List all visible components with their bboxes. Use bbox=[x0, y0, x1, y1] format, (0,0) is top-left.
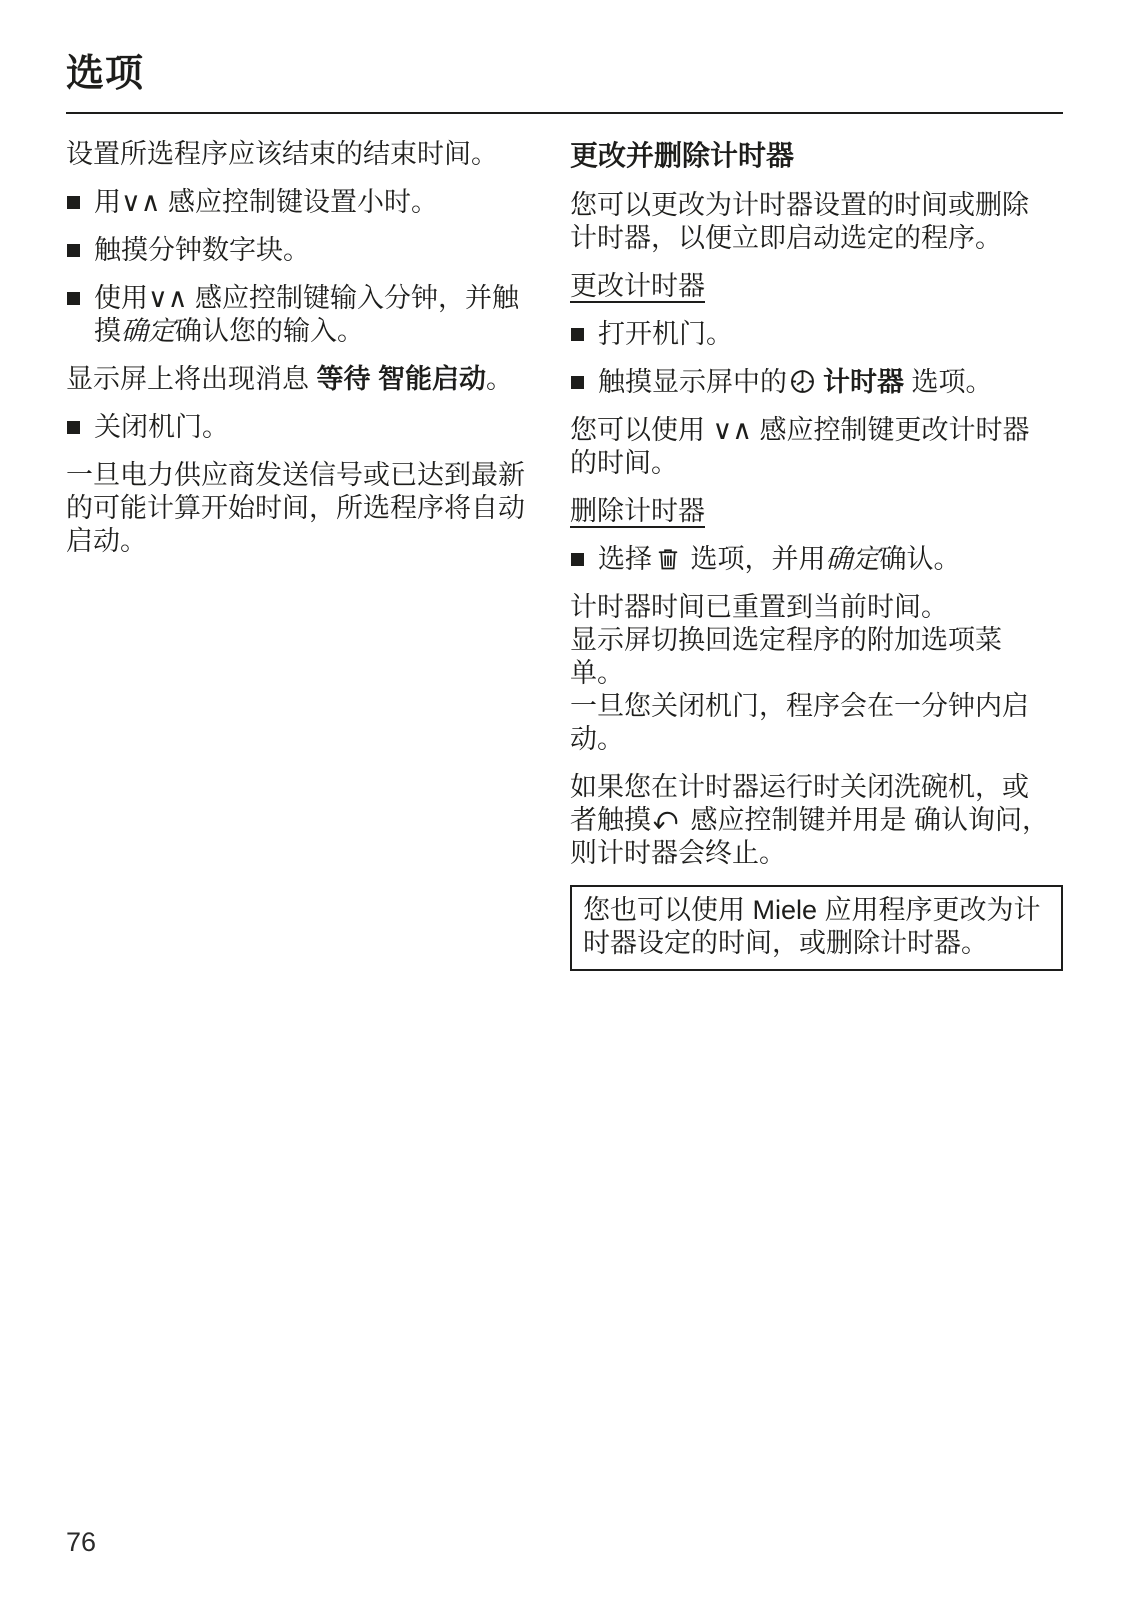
bullet-item: 使用∨∧ 感应控制键输入分钟，并触摸确定确认您的输入。 bbox=[66, 282, 528, 348]
text-run: 选项。 bbox=[904, 367, 993, 397]
text-run: 显示屏上将出现消息 bbox=[66, 364, 317, 394]
text-run: 计时器时间已重置到当前时间。 bbox=[570, 592, 948, 622]
bullet-text: 触摸显示屏中的计时器 选项。 bbox=[598, 366, 1050, 399]
text-run: 选择 bbox=[598, 544, 652, 574]
manual-page: 选项 设置所选程序应该结束的结束时间。 用∨∧ 感应控制键设置小时。 触摸分钟数… bbox=[0, 0, 1128, 1600]
bullet-square-icon bbox=[571, 553, 584, 566]
bullet-item: 选择 选项，并用确定确认。 bbox=[570, 543, 1050, 576]
page-title: 选项 bbox=[66, 0, 1063, 96]
text-run: 。 bbox=[486, 364, 513, 394]
bullet-text: 使用∨∧ 感应控制键输入分钟，并触摸确定确认您的输入。 bbox=[94, 282, 528, 348]
result-line: 一旦您关闭机门，程序会在一分钟内启动。 bbox=[570, 690, 1050, 756]
bullet-text: 触摸分钟数字块。 bbox=[94, 234, 528, 267]
bullet-item: 关闭机门。 bbox=[66, 411, 528, 444]
subheading-delete-timer: 删除计时器 bbox=[570, 495, 1050, 528]
delete-trash-icon bbox=[655, 546, 681, 572]
note-text: 您也可以使用 Miele 应用程序更改为计时器设定的时间，或删除计时器。 bbox=[583, 895, 1041, 958]
bullet-text: 打开机门。 bbox=[598, 318, 1050, 351]
text-run: 确认。 bbox=[880, 544, 961, 574]
bullet-item: 打开机门。 bbox=[570, 318, 1050, 351]
title-rule bbox=[66, 112, 1063, 114]
timer-option-label: 计时器 bbox=[823, 367, 904, 397]
left-outro-paragraph: 一旦电力供应商发送信号或已达到最新的可能计算开始时间，所选程序将自动启动。 bbox=[66, 459, 528, 558]
bullet-item: 用∨∧ 感应控制键设置小时。 bbox=[66, 186, 528, 219]
subheading-change-timer: 更改计时器 bbox=[570, 270, 1050, 303]
bullet-text: 用∨∧ 感应控制键设置小时。 bbox=[94, 186, 528, 219]
result-line: 计时器时间已重置到当前时间。 bbox=[570, 591, 1050, 624]
bullet-square-icon bbox=[571, 376, 584, 389]
bullet-text: 关闭机门。 bbox=[94, 411, 528, 444]
bullet-text: 选择 选项，并用确定确认。 bbox=[598, 543, 1050, 576]
result-line: 显示屏切换回选定程序的附加选项菜单。 bbox=[570, 624, 1050, 690]
display-message-label: 等待 智能启动 bbox=[317, 364, 487, 394]
text-run: 显示屏切换回选定程序的附加选项菜单。 bbox=[570, 625, 1002, 688]
left-column: 设置所选程序应该结束的结束时间。 用∨∧ 感应控制键设置小时。 触摸分钟数字块。… bbox=[66, 138, 528, 971]
two-column-body: 设置所选程序应该结束的结束时间。 用∨∧ 感应控制键设置小时。 触摸分钟数字块。… bbox=[66, 138, 1063, 971]
bullet-item: 触摸显示屏中的计时器 选项。 bbox=[570, 366, 1050, 399]
display-message-paragraph: 显示屏上将出现消息 等待 智能启动。 bbox=[66, 363, 528, 396]
bullet-square-icon bbox=[67, 421, 80, 434]
text-run: 一旦电力供应商发送信号或已达到最新的可能计算开始时间，所选程序将自动启动。 bbox=[66, 460, 525, 556]
text-run: 您可以更改为计时器设置的时间或删除计时器，以便立即启动选定的程序。 bbox=[570, 190, 1029, 253]
right-column: 更改并删除计时器 您可以更改为计时器设置的时间或删除计时器，以便立即启动选定的程… bbox=[570, 138, 1063, 971]
text-run: 触摸显示屏中的 bbox=[598, 367, 787, 397]
right-intro-paragraph: 您可以更改为计时器设置的时间或删除计时器，以便立即启动选定的程序。 bbox=[570, 189, 1050, 255]
miele-app-note-box: 您也可以使用 Miele 应用程序更改为计时器设定的时间，或删除计时器。 bbox=[570, 885, 1063, 971]
bullet-square-icon bbox=[67, 292, 80, 305]
left-intro-paragraph: 设置所选程序应该结束的结束时间。 bbox=[66, 138, 528, 171]
bullet-square-icon bbox=[67, 196, 80, 209]
timer-clock-icon bbox=[789, 368, 816, 395]
page-number: 76 bbox=[66, 1527, 96, 1558]
warning-paragraph: 如果您在计时器运行时关闭洗碗机，或者触摸 感应控制键并用是 确认询问，则计时器会… bbox=[570, 771, 1050, 870]
text-run: 设置所选程序应该结束的结束时间。 bbox=[66, 139, 498, 169]
bullet-square-icon bbox=[67, 244, 80, 257]
back-arrow-icon bbox=[653, 808, 681, 833]
section-heading: 更改并删除计时器 bbox=[570, 138, 1050, 174]
bullet-item: 触摸分钟数字块。 bbox=[66, 234, 528, 267]
ok-key-label: 确定 bbox=[121, 316, 175, 346]
change-timer-paragraph: 您可以使用 ∨∧ 感应控制键更改计时器的时间。 bbox=[570, 414, 1050, 480]
text-run: 确认您的输入。 bbox=[175, 316, 364, 346]
text-run: 您可以使用 ∨∧ 感应控制键更改计时器的时间。 bbox=[570, 415, 1030, 478]
text-run: 一旦您关闭机门，程序会在一分钟内启动。 bbox=[570, 691, 1029, 754]
ok-key-label: 确定 bbox=[826, 544, 880, 574]
text-run: 选项，并用 bbox=[683, 544, 826, 574]
bullet-square-icon bbox=[571, 328, 584, 341]
